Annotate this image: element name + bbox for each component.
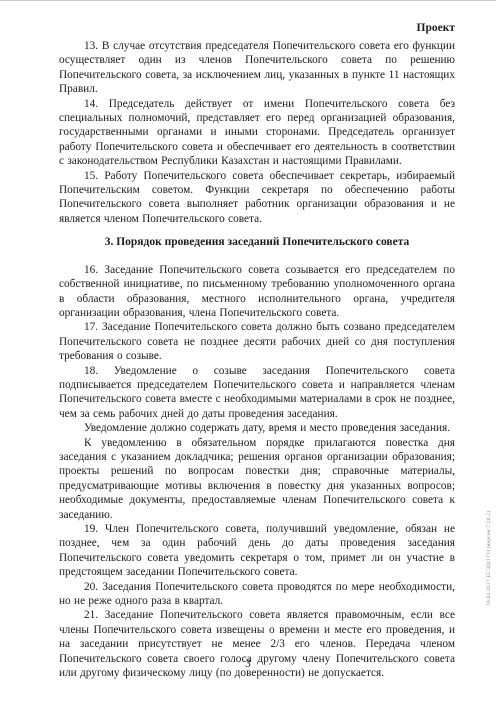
paragraph-14: 14. Председатель действует от имени Попе… bbox=[59, 97, 455, 169]
paragraph-18-note-2: К уведомлению в обязательном порядке при… bbox=[59, 436, 455, 522]
draft-label: Проект bbox=[59, 22, 455, 35]
paragraph-18-note-1: Уведомление должно содержать дату, время… bbox=[59, 421, 455, 435]
section-3-heading: 3. Порядок проведения заседаний Попечите… bbox=[59, 235, 455, 249]
paragraph-19: 19. Член Попечительского совета, получив… bbox=[59, 522, 455, 580]
paragraph-13: 13. В случае отсутствия председателя Поп… bbox=[59, 39, 455, 97]
paragraph-16: 16. Заседание Попечительского совета соз… bbox=[59, 263, 455, 321]
edcs-registration-stamp: 16.04.2017 ЕСЭДО ГО (версия 7.20.2) bbox=[486, 506, 492, 606]
paragraph-17: 17. Заседание Попечительского совета дол… bbox=[59, 320, 455, 363]
paragraph-20: 20. Заседания Попечительского совета про… bbox=[59, 580, 455, 609]
page-number: 3 bbox=[0, 658, 496, 670]
document-page: Проект 13. В случае отсутствия председат… bbox=[0, 0, 496, 702]
document-content: Проект 13. В случае отсутствия председат… bbox=[59, 22, 455, 680]
paragraph-18: 18. Уведомление о созыве заседания Попеч… bbox=[59, 364, 455, 422]
paragraph-15: 15. Работу Попечительского совета обеспе… bbox=[59, 169, 455, 227]
